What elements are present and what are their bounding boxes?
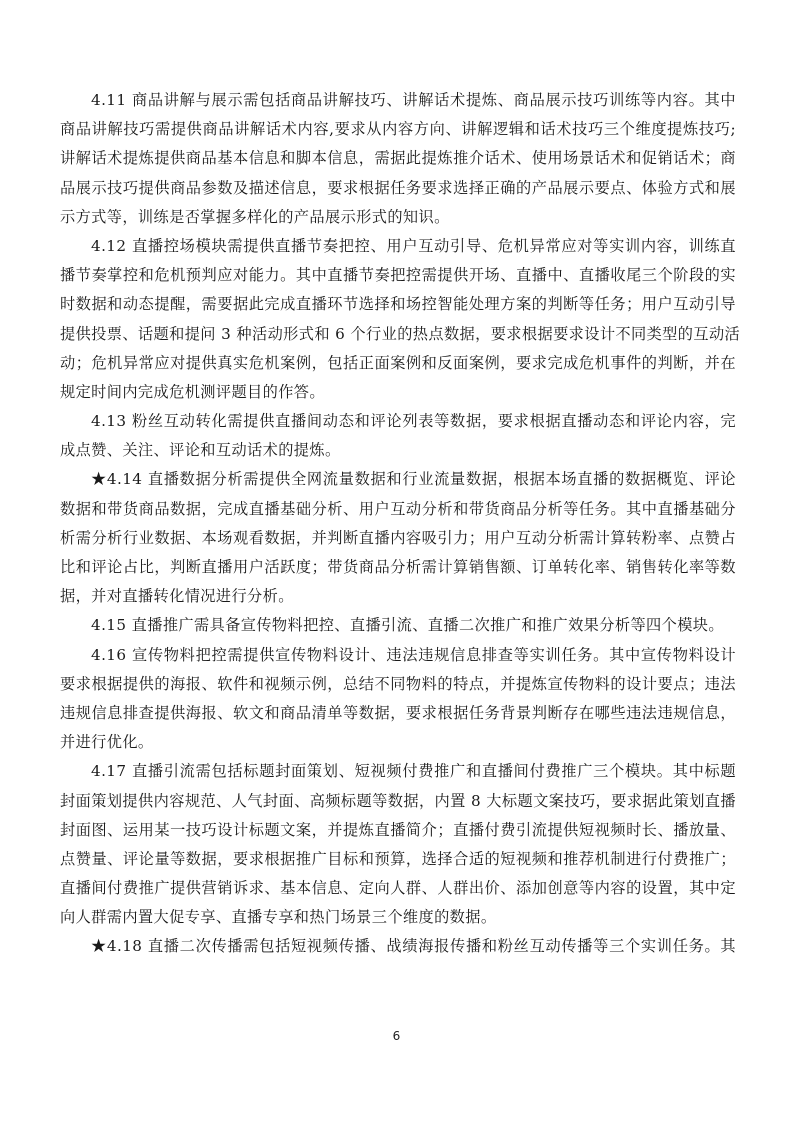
text-line: 要求根据提供的海报、软件和视频示例，总结不同物料的特点，并提炼宣传物料的设计要点… — [60, 670, 736, 699]
document-body: 4.11 商品讲解与展示需包括商品讲解技巧、讲解话术提炼、商品展示技巧训练等内容… — [60, 86, 736, 962]
text-line: 4.12 直播控场模块需提供直播节奏把控、用户互动引导、危机异常应对等实训内容，… — [60, 232, 736, 261]
text-line: 规定时间内完成危机测评题目的作答。 — [60, 378, 736, 407]
text-line: 时数据和动态提醒，需要据此完成直播环节选择和场控智能处理方案的判断等任务；用户互… — [60, 290, 736, 319]
text-line: 4.11 商品讲解与展示需包括商品讲解技巧、讲解话术提炼、商品展示技巧训练等内容… — [60, 86, 736, 115]
text-line: 并进行优化。 — [60, 728, 736, 757]
text-line: 播节奏掌控和危机预判应对能力。其中直播节奏把控需提供开场、直播中、直播收尾三个阶… — [60, 261, 736, 290]
text-line: 品展示技巧提供商品参数及描述信息，要求根据任务要求选择正确的产品展示要点、体验方… — [60, 174, 736, 203]
text-line: 封面图、运用某一技巧设计标题文案，并提炼直播简介；直播付费引流提供短视频时长、播… — [60, 816, 736, 845]
paragraph-4-18: ★4.18 直播二次传播需包括短视频传播、战绩海报传播和粉丝互动传播等三个实训任… — [60, 932, 736, 961]
text-line: 4.13 粉丝互动转化需提供直播间动态和评论列表等数据，要求根据直播动态和评论内… — [60, 407, 736, 436]
text-line: 封面策划提供内容规范、人气封面、高频标题等数据，内置 8 大标题文案技巧，要求据… — [60, 787, 736, 816]
paragraph-4-13: 4.13 粉丝互动转化需提供直播间动态和评论列表等数据，要求根据直播动态和评论内… — [60, 407, 736, 465]
text-line: 直播间付费推广提供营销诉求、基本信息、定向人群、人群出价、添加创意等内容的设置，… — [60, 874, 736, 903]
paragraph-4-17: 4.17 直播引流需包括标题封面策划、短视频付费推广和直播间付费推广三个模块。其… — [60, 757, 736, 932]
paragraph-4-15: 4.15 直播推广需具备宣传物料把控、直播引流、直播二次推广和推广效果分析等四个… — [60, 611, 736, 640]
text-line: 4.16 宣传物料把控需提供宣传物料设计、违法违规信息排查等实训任务。其中宣传物… — [60, 641, 736, 670]
paragraph-4-11: 4.11 商品讲解与展示需包括商品讲解技巧、讲解话术提炼、商品展示技巧训练等内容… — [60, 86, 736, 232]
text-line: 数据和带货商品数据，完成直播基础分析、用户互动分析和带货商品分析等任务。其中直播… — [60, 495, 736, 524]
text-line: 向人群需内置大促专享、直播专享和热门场景三个维度的数据。 — [60, 903, 736, 932]
text-line: 4.15 直播推广需具备宣传物料把控、直播引流、直播二次推广和推广效果分析等四个… — [60, 611, 736, 640]
text-line: 讲解话术提炼提供商品基本信息和脚本信息，需据此提炼推介话术、使用场景话术和促销话… — [60, 144, 736, 173]
text-line: 商品讲解技巧需提供商品讲解话术内容,要求从内容方向、讲解逻辑和话术技巧三个维度提… — [60, 115, 736, 144]
text-line: 点赞量、评论量等数据，要求根据推广目标和预算，选择合适的短视频和推荐机制进行付费… — [60, 845, 736, 874]
text-line: 比和评论占比，判断直播用户活跃度；带货商品分析需计算销售额、订单转化率、销售转化… — [60, 553, 736, 582]
paragraph-4-14: ★4.14 直播数据分析需提供全网流量数据和行业流量数据，根据本场直播的数据概览… — [60, 465, 736, 611]
text-line: 成点赞、关注、评论和互动话术的提炼。 — [60, 436, 736, 465]
page-number: 6 — [0, 1029, 793, 1043]
text-line: 提供投票、话题和提问 3 种活动形式和 6 个行业的热点数据，要求根据要求设计不… — [60, 320, 736, 349]
text-line: 违规信息排查提供海报、软文和商品清单等数据，要求根据任务背景判断存在哪些违法违规… — [60, 699, 736, 728]
text-line: 4.17 直播引流需包括标题封面策划、短视频付费推广和直播间付费推广三个模块。其… — [60, 757, 736, 786]
text-line: 动；危机异常应对提供真实危机案例，包括正面案例和反面案例，要求完成危机事件的判断… — [60, 349, 736, 378]
paragraph-4-12: 4.12 直播控场模块需提供直播节奏把控、用户互动引导、危机异常应对等实训内容，… — [60, 232, 736, 407]
text-line: ★4.14 直播数据分析需提供全网流量数据和行业流量数据，根据本场直播的数据概览… — [60, 465, 736, 494]
text-line: 析需分析行业数据、本场观看数据，并判断直播内容吸引力；用户互动分析需计算转粉率、… — [60, 524, 736, 553]
paragraph-4-16: 4.16 宣传物料把控需提供宣传物料设计、违法违规信息排查等实训任务。其中宣传物… — [60, 641, 736, 758]
text-line: 据，并对直播转化情况进行分析。 — [60, 582, 736, 611]
document-page: 4.11 商品讲解与展示需包括商品讲解技巧、讲解话术提炼、商品展示技巧训练等内容… — [0, 0, 793, 1122]
text-line: 示方式等，训练是否掌握多样化的产品展示形式的知识。 — [60, 203, 736, 232]
text-line: ★4.18 直播二次传播需包括短视频传播、战绩海报传播和粉丝互动传播等三个实训任… — [60, 932, 736, 961]
